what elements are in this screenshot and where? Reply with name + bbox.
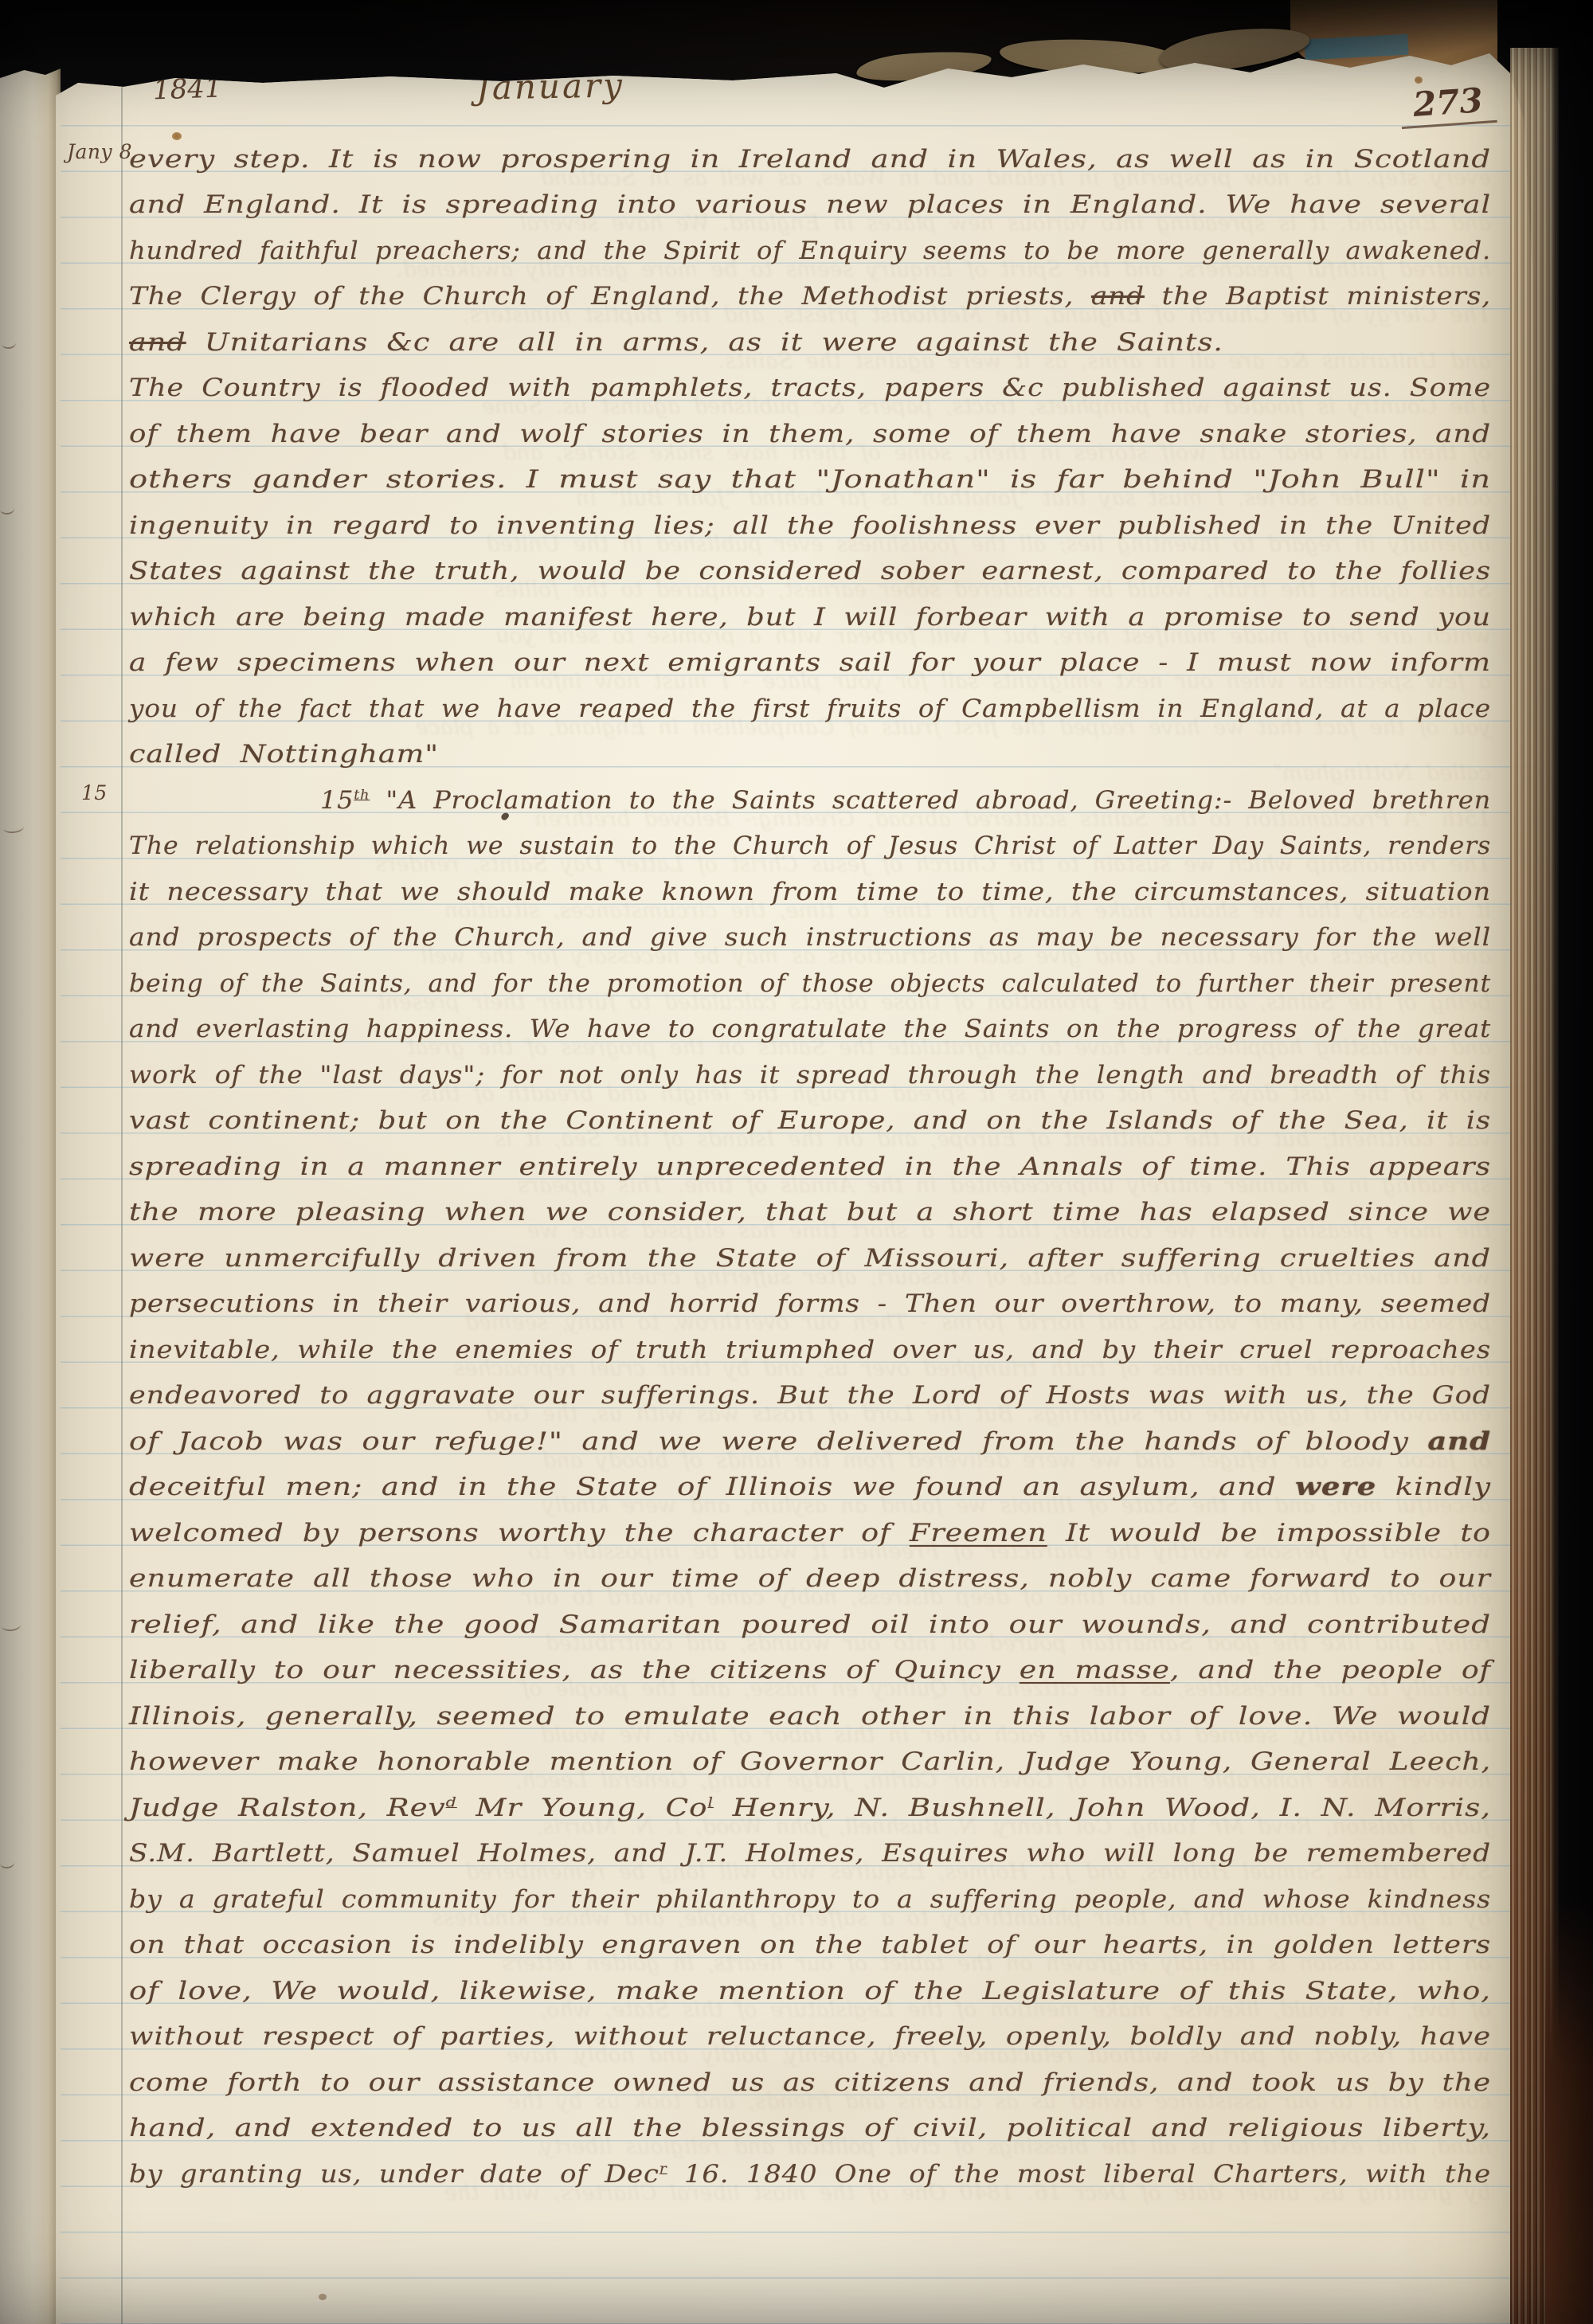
manuscript-line-text: without respect of parties, without relu… (129, 2022, 1491, 2051)
manuscript-line-text: inevitable, while the enemies of truth t… (129, 1336, 1491, 1364)
text-segment: kindly (1376, 1473, 1491, 1501)
edge-ink-mark (1, 337, 16, 350)
manuscript-line-text: of love, We would, likewise, make mentio… (129, 1977, 1491, 2005)
text-segment: the Baptist ministers, (1145, 282, 1491, 311)
manuscript-line-text: deceitful men; and in the State of Illin… (129, 1473, 1491, 1501)
text-segment: work of the "last days"; for not only ha… (129, 1061, 1491, 1090)
edge-ink-mark (2, 821, 24, 835)
manuscript-line: which are being made manifest here, but … (129, 590, 1321, 632)
text-segment: others gander stories. I must say that "… (129, 465, 1491, 494)
text-segment: without respect of parties, without relu… (129, 2022, 1491, 2051)
manuscript-line: enumerate all those who in our time of d… (129, 1551, 1290, 1593)
margin-rule-line (121, 83, 123, 2324)
manuscript-line: it necessary that we should make known f… (129, 865, 1384, 906)
manuscript-line-text: enumerate all those who in our time of d… (129, 1564, 1491, 1593)
manuscript-line: however make honorable mention of Govern… (129, 1735, 1297, 1776)
manuscript-line-text: and everlasting happiness. We have to co… (129, 1015, 1491, 1043)
text-segment: however make honorable mention of Govern… (129, 1747, 1491, 1776)
text-segment: welcomed by persons worthy the character… (129, 1519, 910, 1547)
manuscript-line: and England. It is spreading into variou… (129, 178, 1294, 219)
page-number: 273 (1399, 80, 1497, 129)
manuscript-line: work of the "last days"; for not only ha… (129, 1048, 1414, 1090)
text-segment: Mr Young, Co (457, 1794, 708, 1822)
text-segment: The Country is flooded with pamphlets, t… (129, 374, 1491, 402)
text-segment-b: were (1295, 1473, 1376, 1501)
text-segment-b: and (1427, 1427, 1491, 1456)
manuscript-line-text: and Unitarians &c are all in arms, as it… (129, 328, 1223, 357)
text-segment: come forth to our assistance owned us as… (129, 2068, 1491, 2097)
margin-note: 15 (81, 781, 108, 804)
manuscript-line-text: being of the Saints, and for the promoti… (129, 969, 1491, 998)
text-segment: and prospects of the Church, and give su… (129, 923, 1491, 952)
text-segment: The Clergy of the Church of England, the… (129, 282, 1091, 311)
manuscript-line: without respect of parties, without relu… (129, 2009, 1313, 2051)
manuscript-line: S.M. Bartlett, Samuel Holmes, and J.T. H… (129, 1826, 1357, 1868)
text-segment: Illinois, generally, seemed to emulate e… (129, 1702, 1491, 1731)
manuscript-line: of them have bear and wolf stories in th… (129, 407, 1313, 448)
text-segment-sup: d (446, 1794, 457, 1810)
text-segment: and everlasting happiness. We have to co… (129, 1015, 1491, 1043)
text-segment: every step. It is now prospering in Irel… (129, 145, 1491, 174)
text-segment: a few specimens when our next emigrants … (129, 648, 1491, 677)
text-segment: hand, and extended to us all the blessin… (129, 2114, 1491, 2142)
manuscript-line-text: and England. It is spreading into variou… (129, 190, 1491, 219)
text-segment: endeavored to aggravate our sufferings. … (129, 1381, 1491, 1410)
text-segment: S.M. Bartlett, Samuel Holmes, and J.T. H… (129, 1839, 1491, 1868)
manuscript-line-text: persecutions in their various, and horri… (129, 1289, 1491, 1318)
manuscript-line-text: were unmercifully driven from the State … (129, 1244, 1491, 1273)
text-segment: 15 (320, 786, 354, 815)
manuscript-line: you of the fact that we have reaped the … (129, 682, 1419, 723)
manuscript-line-text: work of the "last days"; for not only ha… (129, 1061, 1491, 1090)
manuscript-line-text: hundred faithful preachers; and the Spir… (129, 237, 1491, 265)
text-segment-strike: and (1091, 282, 1145, 311)
text-segment: by granting us, under date of Dec (129, 2160, 660, 2189)
manuscript-line-text: you of the fact that we have reaped the … (129, 694, 1491, 723)
manuscript-line: inevitable, while the enemies of truth t… (129, 1323, 1373, 1364)
text-segment: were unmercifully driven from the State … (129, 1244, 1491, 1273)
manuscript-line: ingenuity in regard to inventing lies; a… (129, 499, 1337, 540)
text-segment: inevitable, while the enemies of truth t… (129, 1336, 1491, 1364)
manuscript-line: The Clergy of the Church of England, the… (129, 269, 1363, 311)
manuscript-line: every step. It is now prospering in Irel… (129, 132, 1270, 174)
manuscript-line: hand, and extended to us all the blessin… (129, 2101, 1277, 2142)
text-segment: It would be impossible to (1047, 1519, 1491, 1547)
text-segment: "A Proclamation to the Saints scattered … (370, 786, 1491, 815)
teal-binding-strip (1304, 34, 1408, 61)
text-segment: The relationship which we sustain to the… (129, 831, 1491, 860)
manuscript-line-text: every step. It is now prospering in Irel… (129, 145, 1491, 174)
text-segment: being of the Saints, and for the promoti… (129, 969, 1491, 998)
manuscript-line-text: S.M. Bartlett, Samuel Holmes, and J.T. H… (129, 1839, 1491, 1868)
text-segment: it necessary that we should make known f… (129, 878, 1491, 906)
manuscript-line-text: The Country is flooded with pamphlets, t… (129, 374, 1491, 402)
margin-note: Jany 8 (67, 140, 132, 163)
edge-ink-mark (0, 1856, 15, 1869)
text-segment: on that occasion is indelibly engraven o… (129, 1931, 1491, 1959)
text-segment: deceitful men; and in the State of Illin… (129, 1473, 1295, 1501)
manuscript-line-text: The Clergy of the Church of England, the… (129, 282, 1491, 311)
manuscript-line: welcomed by persons worthy the character… (129, 1506, 1282, 1547)
manuscript-line-text: which are being made manifest here, but … (129, 603, 1491, 632)
manuscript-line-text: of them have bear and wolf stories in th… (129, 420, 1491, 448)
journal-page: 1841 January 273 every step. It is now p… (56, 0, 1544, 2324)
text-segment: Judge Ralston, Rev (129, 1794, 446, 1822)
text-segment-u: en masse (1020, 1656, 1170, 1684)
manuscript-line: vast continent; but on the Continent of … (129, 1094, 1325, 1135)
manuscript-line: the more pleasing when we consider, that… (129, 1185, 1283, 1227)
manuscript-line: were unmercifully driven from the State … (129, 1231, 1282, 1273)
text-segment: relief, and like the good Samaritan pour… (129, 1610, 1491, 1639)
manuscript-line: 15th "A Proclamation to the Saints scatt… (320, 773, 1457, 815)
manuscript-line-text: on that occasion is indelibly engraven o… (129, 1931, 1491, 1959)
text-segment: by a grateful community for their philan… (129, 1885, 1491, 1914)
manuscript-line-text: liberally to our necessities, as the cit… (129, 1656, 1491, 1684)
manuscript-line: endeavored to aggravate our sufferings. … (129, 1368, 1335, 1410)
text-segment: the more pleasing when we consider, that… (129, 1198, 1491, 1227)
manuscript-line: hundred faithful preachers; and the Spir… (129, 224, 1442, 265)
manuscript-line: deceitful men; and in the State of Illin… (129, 1460, 1270, 1501)
manuscript-line-text: vast continent; but on the Continent of … (129, 1106, 1491, 1135)
text-segment: 16. 1840 One of the most liberal Charter… (667, 2160, 1491, 2189)
manuscript-line-text: States against the truth, would be consi… (129, 557, 1491, 585)
text-segment: Henry, N. Bushnell, John Wood, I. N. Mor… (714, 1794, 1491, 1822)
text-segment: hundred faithful preachers; and the Spir… (129, 237, 1491, 265)
manuscript-line: by granting us, under date of Decr 16. 1… (129, 2147, 1378, 2189)
text-segment-sup: l (707, 1794, 714, 1810)
text-segment: enumerate all those who in our time of d… (129, 1564, 1491, 1593)
manuscript-line: relief, and like the good Samaritan pour… (129, 1598, 1263, 1639)
text-segment: Unitarians &c are all in arms, as it wer… (186, 328, 1223, 357)
manuscript-line: and everlasting happiness. We have to co… (129, 1002, 1430, 1043)
text-segment: spreading in a manner entirely unprecede… (129, 1152, 1491, 1181)
manuscript-line: called Nottingham" (129, 727, 392, 769)
manuscript-line: being of the Saints, and for the promoti… (129, 957, 1467, 998)
manuscript-line: The Country is flooded with pamphlets, t… (129, 361, 1340, 402)
manuscript-line-text: 15th "A Proclamation to the Saints scatt… (320, 786, 1491, 815)
text-segment: ingenuity in regard to inventing lies; a… (129, 511, 1491, 540)
manuscript-line-text: hand, and extended to us all the blessin… (129, 2114, 1491, 2142)
manuscript-line-text: Illinois, generally, seemed to emulate e… (129, 1702, 1491, 1731)
manuscript-line: others gander stories. I must say that "… (129, 452, 1227, 494)
manuscript-line-text: welcomed by persons worthy the character… (129, 1519, 1491, 1547)
manuscript-line: and prospects of the Church, and give su… (129, 910, 1412, 952)
manuscript-line: on that occasion is indelibly engraven o… (129, 1918, 1317, 1959)
text-segment-strike: and (129, 328, 186, 357)
manuscript-line-text: it necessary that we should make known f… (129, 878, 1491, 906)
manuscript-line: persecutions in their various, and horri… (129, 1277, 1360, 1318)
text-segment: , and the people of (1170, 1656, 1491, 1684)
manuscript-line-text: a few specimens when our next emigrants … (129, 648, 1491, 677)
text-segment: of Jacob was our refuge!" and we were de… (129, 1427, 1427, 1456)
edge-ink-mark (0, 503, 15, 515)
manuscript-line-text: spreading in a manner entirely unprecede… (129, 1152, 1491, 1181)
manuscript-line: spreading in a manner entirely unprecede… (129, 1140, 1296, 1181)
text-segment-sup: th (354, 787, 370, 803)
manuscript-line-text: however make honorable mention of Govern… (129, 1747, 1491, 1776)
manuscript-line: and Unitarians &c are all in arms, as it… (129, 315, 1056, 357)
manuscript-photo: 1841 January 273 every step. It is now p… (0, 0, 1593, 2324)
manuscript-line-text: relief, and like the good Samaritan pour… (129, 1610, 1491, 1639)
text-segment: vast continent; but on the Continent of … (129, 1106, 1491, 1135)
text-segment: and England. It is spreading into variou… (129, 190, 1491, 219)
manuscript-line: by a grateful community for their philan… (129, 1872, 1400, 1914)
underlying-page-edge (0, 67, 61, 2324)
manuscript-line: come forth to our assistance owned us as… (129, 2056, 1307, 2097)
edge-ink-mark (1, 1619, 21, 1632)
text-segment: you of the fact that we have reaped the … (129, 694, 1491, 723)
manuscript-line-text: ingenuity in regard to inventing lies; a… (129, 511, 1491, 540)
text-segment: States against the truth, would be consi… (129, 557, 1491, 585)
manuscript-line-text: endeavored to aggravate our sufferings. … (129, 1381, 1491, 1410)
manuscript-line-text: come forth to our assistance owned us as… (129, 2068, 1491, 2097)
manuscript-line: a few specimens when our next emigrants … (129, 636, 1304, 677)
text-segment: of them have bear and wolf stories in th… (129, 420, 1491, 448)
manuscript-line: The relationship which we sustain to the… (129, 819, 1468, 860)
manuscript-line-text: the more pleasing when we consider, that… (129, 1198, 1491, 1227)
manuscript-line: States against the truth, would be consi… (129, 544, 1325, 585)
manuscript-line: liberally to our necessities, as the cit… (129, 1643, 1294, 1684)
manuscript-line: Illinois, generally, seemed to emulate e… (129, 1689, 1270, 1731)
manuscript-line-text: by a grateful community for their philan… (129, 1885, 1491, 1914)
manuscript-line-text: Judge Ralston, Revd Mr Young, Col Henry,… (129, 1794, 1491, 1822)
manuscript-line-text: called Nottingham" (129, 740, 439, 769)
text-segment: of love, We would, likewise, make mentio… (129, 1977, 1491, 2005)
text-segment-u: Freemen (910, 1519, 1047, 1547)
manuscript-line: of Jacob was our refuge!" and we were de… (129, 1414, 1270, 1456)
manuscript-line: of love, We would, likewise, make mentio… (129, 1964, 1270, 2005)
manuscript-line-text: by granting us, under date of Decr 16. 1… (129, 2160, 1491, 2189)
cover-edge-bottom-right (1545, 1896, 1593, 2324)
text-segment: called Nottingham" (129, 740, 439, 769)
text-segment: liberally to our necessities, as the cit… (129, 1656, 1020, 1684)
manuscript-line: Judge Ralston, Revd Mr Young, Col Henry,… (129, 1781, 1262, 1822)
text-segment: persecutions in their various, and horri… (129, 1289, 1491, 1318)
manuscript-line-text: The relationship which we sustain to the… (129, 831, 1491, 860)
text-segment-sup: r (660, 2161, 667, 2177)
manuscript-line-text: and prospects of the Church, and give su… (129, 923, 1491, 952)
text-segment: which are being made manifest here, but … (129, 603, 1491, 632)
manuscript-line-text: of Jacob was our refuge!" and we were de… (129, 1427, 1491, 1456)
manuscript-line-text: others gander stories. I must say that "… (129, 465, 1491, 494)
